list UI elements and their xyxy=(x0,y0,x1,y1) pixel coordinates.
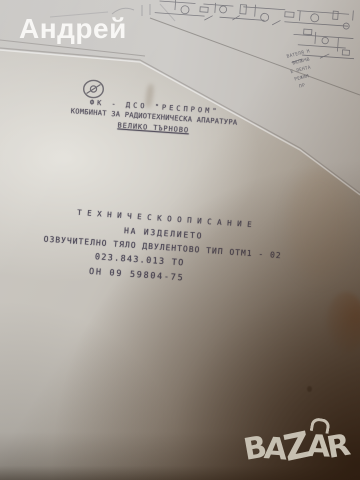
faint-stain xyxy=(288,168,350,280)
owner-watermark: Андрей xyxy=(19,13,127,45)
title-block: Т Е Х Н И Ч Е С К О О П И С А Н И Е НА И… xyxy=(31,205,295,291)
factory-emblem-icon xyxy=(82,79,105,99)
listing-photo: ВАТЕЛЯ Н ВКЛЮЧВ Е ЛЕНТА РЕЖИМ ПР ФК - ДС… xyxy=(0,0,360,480)
bazar-logo: BAZAR xyxy=(243,421,348,473)
dark-speck xyxy=(307,386,312,392)
brown-stain xyxy=(326,292,360,354)
